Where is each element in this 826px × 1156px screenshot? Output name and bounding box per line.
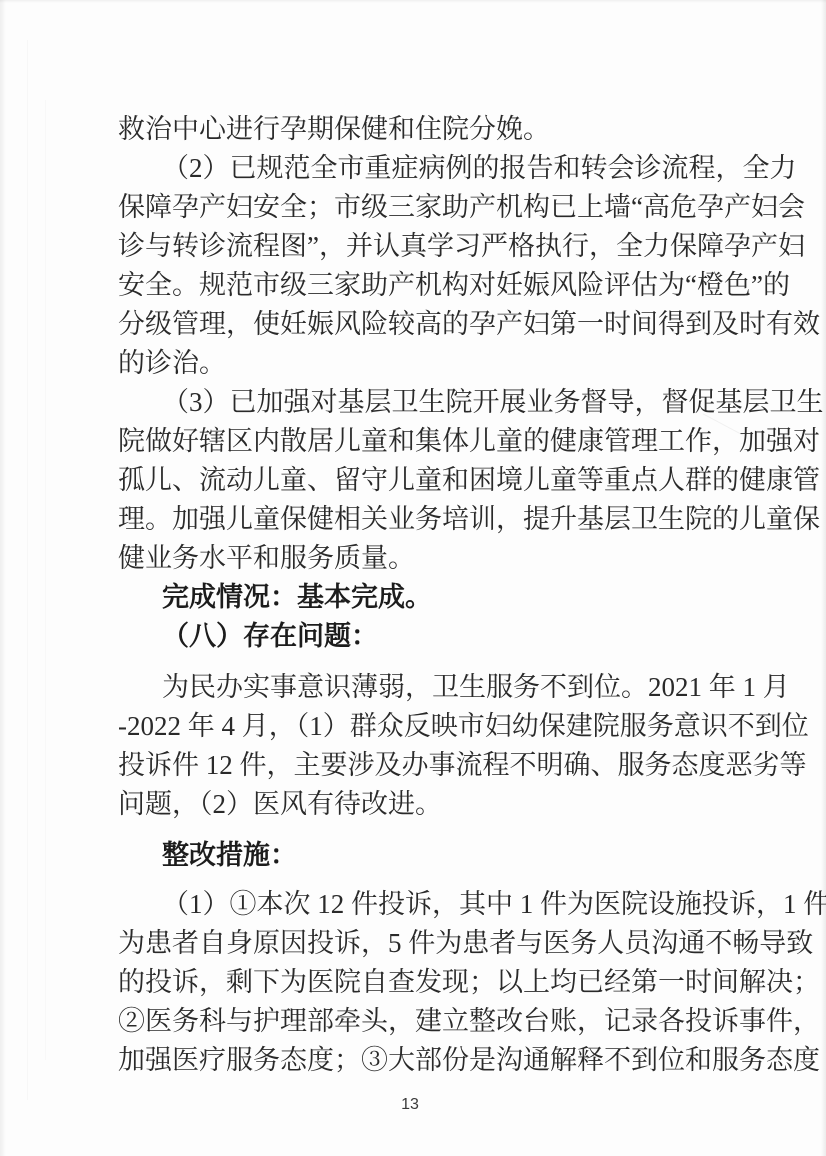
text-line: （3）已加强对基层卫生院开展业务督导，督促基层卫生: [118, 383, 718, 422]
text-line: 的诊治。: [118, 344, 718, 383]
text-line: 分级管理，使妊娠风险较高的孕产妇第一时间得到及时有效: [118, 305, 718, 344]
text-line: （1）①本次 12 件投诉，其中 1 件为医院设施投诉，1 件: [118, 885, 718, 924]
scan-artifact-line: [27, 40, 28, 1100]
text-line: 理。加强儿童保健相关业务培训，提升基层卫生院的儿童保: [118, 500, 718, 539]
document-body: 救治中心进行孕期保健和住院分娩。（2）已规范全市重症病例的报告和转会诊流程，全力…: [118, 110, 718, 1080]
scanned-document-page: 救治中心进行孕期保健和住院分娩。（2）已规范全市重症病例的报告和转会诊流程，全力…: [0, 0, 826, 1156]
text-line: ②医务科与护理部牵头，建立整改台账，记录各投诉事件，: [118, 1002, 718, 1041]
scan-edge-left-shading: [0, 0, 6, 1156]
paragraph: 整改措施：: [118, 836, 718, 875]
text-line: 保障孕产妇安全；市级三家助产机构已上墙“高危孕产妇会: [118, 188, 718, 227]
scan-edge-right-shading: [821, 0, 826, 1156]
scan-artifact-line: [45, 100, 46, 1060]
text-line: 投诉件 12 件，主要涉及办事流程不明确、服务态度恶劣等: [118, 746, 718, 785]
paragraph: 完成情况：基本完成。: [118, 578, 718, 617]
paragraph: 为民办实事意识薄弱，卫生服务不到位。2021 年 1 月-2022 年 4 月，…: [118, 668, 718, 824]
text-line: 安全。规范市级三家助产机构对妊娠风险评估为“橙色”的: [118, 266, 718, 305]
paragraph: （3）已加强对基层卫生院开展业务督导，督促基层卫生院做好辖区内散居儿童和集体儿童…: [118, 383, 718, 578]
text-line: 孤儿、流动儿童、留守儿童和困境儿童等重点人群的健康管: [118, 461, 718, 500]
text-line: 加强医疗服务态度；③大部份是沟通解释不到位和服务态度: [118, 1041, 718, 1080]
paragraph: （八）存在问题：: [118, 617, 718, 656]
text-line: 健业务水平和服务质量。: [118, 539, 718, 578]
paragraph: （2）已规范全市重症病例的报告和转会诊流程，全力保障孕产妇安全；市级三家助产机构…: [118, 149, 718, 383]
text-line: -2022 年 4 月，（1）群众反映市妇幼保建院服务意识不到位: [118, 707, 718, 746]
page-number: 13: [0, 1096, 820, 1114]
paragraph: （1）①本次 12 件投诉，其中 1 件为医院设施投诉，1 件为患者自身原因投诉…: [118, 885, 718, 1080]
scan-edge-top-shading: [0, 0, 826, 3]
text-line: 的投诉，剩下为医院自查发现；以上均已经第一时间解决；: [118, 963, 718, 1002]
text-line: （2）已规范全市重症病例的报告和转会诊流程，全力: [118, 149, 718, 188]
paragraph: 救治中心进行孕期保健和住院分娩。: [118, 110, 718, 149]
text-line: 问题，（2）医风有待改进。: [118, 785, 718, 824]
text-line: 完成情况：基本完成。: [118, 578, 718, 617]
text-line: 诊与转诊流程图”，并认真学习严格执行，全力保障孕产妇: [118, 227, 718, 266]
text-line: 为患者自身原因投诉，5 件为患者与医务人员沟通不畅导致: [118, 924, 718, 963]
text-line: （八）存在问题：: [118, 617, 718, 656]
text-line: 救治中心进行孕期保健和住院分娩。: [118, 110, 718, 149]
text-line: 院做好辖区内散居儿童和集体儿童的健康管理工作，加强对: [118, 422, 718, 461]
text-line: 整改措施：: [118, 836, 718, 875]
text-line: 为民办实事意识薄弱，卫生服务不到位。2021 年 1 月: [118, 668, 718, 707]
